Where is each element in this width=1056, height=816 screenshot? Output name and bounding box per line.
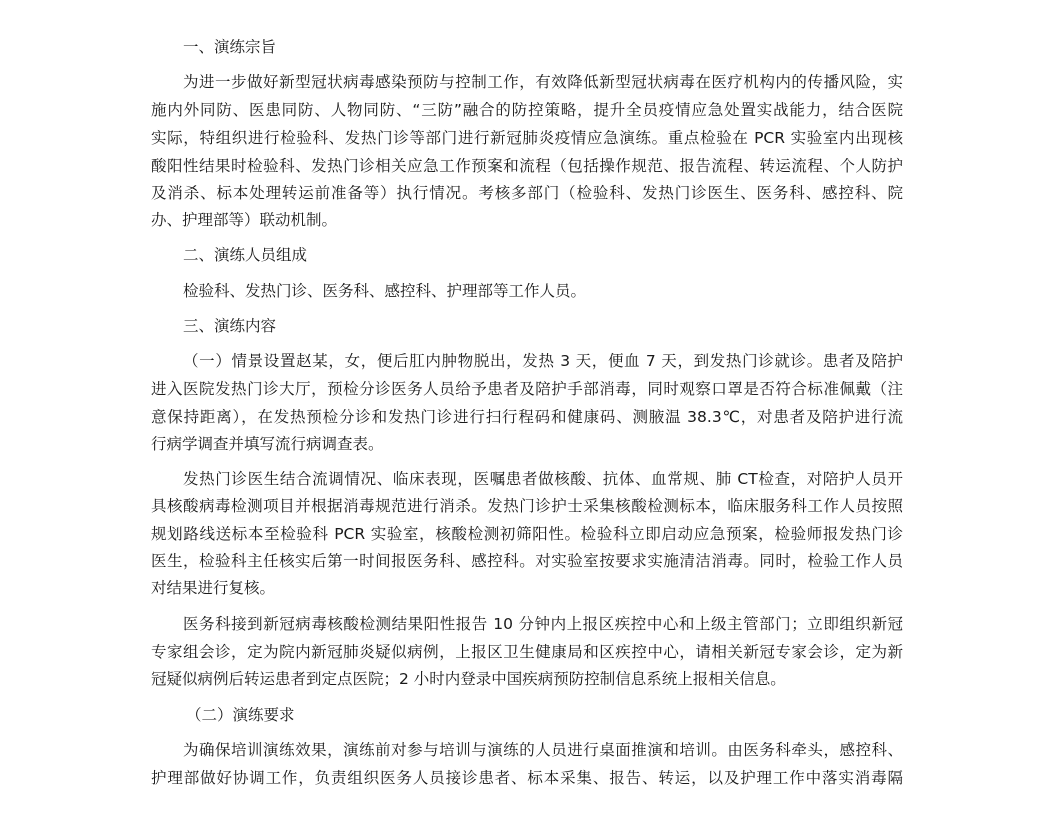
medical-affairs-paragraph-line-2: 专家组会诊，定为院内新冠肺炎疑似病例，上报区卫生健康局和区疾控中心，请相关新冠专… — [151, 640, 903, 664]
section-heading-personnel: 二、演练人员组成 — [183, 243, 307, 267]
scenario-paragraph-line-2: 进入医院发热门诊大厅，预检分诊医务人员给予患者及陪护手部消毒，同时观察口罩是否符… — [151, 377, 903, 401]
clinic-paragraph-line-4: 医生，检验科主任核实后第一时间报医务科、感控科。对实验室按要求实施清洁消毒。同时… — [151, 549, 903, 573]
purpose-paragraph-line-4: 酸阳性结果时检验科、发热门诊相关应急工作预案和流程（包括操作规范、报告流程、转运… — [151, 154, 903, 178]
clinic-paragraph-line-5: 对结果进行复核。 — [151, 576, 903, 600]
purpose-paragraph-line-3: 实际，特组织进行检验科、发热门诊等部门进行新冠肺炎疫情应急演练。重点检验在 PC… — [151, 126, 903, 150]
clinic-paragraph-line-3: 规划路线送标本至检验科 PCR 实验室，核酸检测初筛阳性。检验科立即启动应急预案… — [151, 522, 903, 546]
medical-affairs-paragraph-line-3: 冠疑似病例后转运患者到定点医院；2 小时内登录中国疾病预防控制信息系统上报相关信… — [151, 667, 903, 691]
purpose-paragraph-line-1: 为进一步做好新型冠状病毒感染预防与控制工作，有效降低新型冠状病毒在医疗机构内的传… — [183, 70, 903, 94]
clinic-paragraph-line-2: 具核酸病毒检测项目并根据消毒规范进行消杀。发热门诊护士采集核酸检测标本，临床服务… — [151, 494, 903, 518]
medical-affairs-paragraph-line-1: 医务科接到新冠病毒核酸检测结果阳性报告 10 分钟内上报区疾控中心和上级主管部门… — [183, 612, 903, 636]
section-heading-purpose: 一、演练宗旨 — [183, 35, 276, 59]
purpose-paragraph-line-5: 及消杀、标本处理转运前准备等）执行情况。考核多部门（检验科、发热门诊医生、医务科… — [151, 181, 903, 205]
section-heading-content: 三、演练内容 — [183, 314, 276, 338]
purpose-paragraph-line-6: 办、护理部等）联动机制。 — [151, 208, 903, 232]
scenario-paragraph-line-4: 行病学调查并填写流行病调查表。 — [151, 432, 903, 456]
purpose-paragraph-line-2: 施内外同防、医患同防、人物同防、“三防”融合的防控策略，提升全员疫情应急处置实战… — [151, 98, 903, 122]
requirements-paragraph-line-2: 护理部做好协调工作，负责组织医务人员接诊患者、标本采集、报告、转运，以及护理工作… — [151, 766, 903, 790]
personnel-paragraph: 检验科、发热门诊、医务科、感控科、护理部等工作人员。 — [183, 279, 586, 303]
requirements-paragraph-line-1: 为确保培训演练效果，演练前对参与培训与演练的人员进行桌面推演和培训。由医务科牵头… — [183, 738, 903, 762]
clinic-paragraph-line-1: 发热门诊医生结合流调情况、临床表现，医嘱患者做核酸、抗体、血常规、肺 CT检查，… — [183, 467, 903, 491]
scenario-paragraph-line-1: （一）情景设置赵某，女，便后肛内肿物脱出，发热 3 天，便血 7 天，到发热门诊… — [183, 349, 903, 373]
document-page: 一、演练宗旨 为进一步做好新型冠状病毒感染预防与控制工作，有效降低新型冠状病毒在… — [0, 0, 1056, 816]
scenario-paragraph-line-3: 意保持距离），在发热预检分诊和发热门诊进行扫行程码和健康码、测腋温 38.3℃，… — [151, 405, 903, 429]
subsection-heading-requirements: （二）演练要求 — [186, 703, 295, 727]
